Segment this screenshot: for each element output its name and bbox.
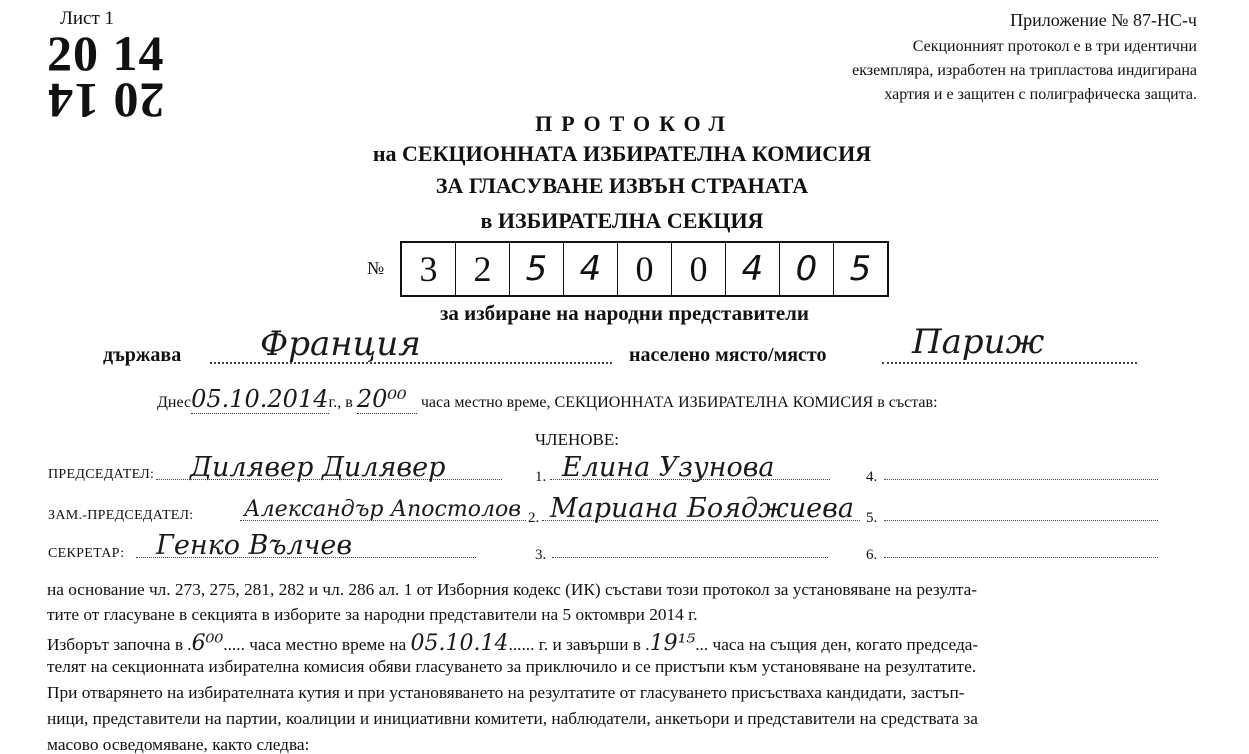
chairman-value: Дилявер Дилявер: [190, 452, 445, 483]
members-heading: ЧЛЕНОВЕ:: [535, 430, 619, 450]
country-field[interactable]: Франция: [210, 328, 612, 366]
start-time[interactable]: 6⁰⁰: [192, 631, 224, 656]
end-suffix: ... часа на същия ден, когато председа-: [695, 635, 978, 654]
country-value: Франция: [260, 324, 421, 364]
member-2-value: Мариана Бояджиева: [550, 493, 854, 524]
country-label: държава: [103, 344, 181, 367]
member-2-field[interactable]: Мариана Бояджиева: [542, 499, 860, 525]
annex-number: Приложение № 87-НС-ч: [1010, 10, 1197, 31]
section-number-boxes: 325400405: [400, 241, 889, 297]
member-5-index: 5.: [866, 510, 877, 527]
today-time[interactable]: 20⁰⁰: [357, 385, 417, 414]
start-mid: ..... часа местно време на: [223, 635, 410, 654]
deputy-value: Александър Апостолов: [244, 497, 521, 522]
body-paragraph-line-1: на основание чл. 273, 275, 281, 282 и чл…: [47, 580, 977, 600]
member-5-field[interactable]: [884, 499, 1158, 525]
year-mark-top: 20 14: [47, 28, 165, 78]
place-label: населено място/място: [629, 344, 826, 367]
secretary-label: СЕКРЕТАР:: [48, 546, 124, 562]
title-line-4: в ИЗБИРАТЕЛНА СЕКЦИЯ: [0, 208, 1244, 234]
secretary-value: Генко Вълчев: [156, 530, 352, 561]
end-time[interactable]: 19¹⁵: [650, 631, 696, 656]
member-3-field[interactable]: [552, 536, 828, 562]
dotted-line: [552, 557, 828, 558]
section-digit-box[interactable]: 0: [672, 243, 726, 295]
dotted-line: [882, 362, 1137, 364]
section-digit-box[interactable]: 5: [510, 243, 564, 295]
section-digit-box[interactable]: 5: [834, 243, 887, 295]
security-note-line-2: екземпляра, изработен на трипластова инд…: [852, 62, 1197, 80]
member-2-index: 2.: [528, 510, 539, 527]
today-prefix: Днес: [157, 394, 191, 411]
section-digit-box[interactable]: 4: [726, 243, 780, 295]
secretary-field[interactable]: Генко Вълчев: [136, 536, 476, 562]
member-1-index: 1.: [535, 469, 546, 486]
body-paragraph-line-2: тите от гласуване в секцията в изборите …: [47, 605, 698, 625]
body-paragraph-line-7: масово осведомяване, както следва:: [47, 735, 309, 754]
deputy-label: ЗАМ.-ПРЕДСЕДАТЕЛ:: [48, 508, 193, 524]
end-prefix: ...... г. и завърши в .: [509, 635, 650, 654]
title-line-2: на СЕКЦИОННАТА ИЗБИРАТЕЛНА КОМИСИЯ: [0, 141, 1244, 167]
deputy-field[interactable]: Александър Апостолов: [240, 499, 526, 525]
start-prefix: Изборът започна в .: [47, 635, 192, 654]
member-4-index: 4.: [866, 469, 877, 486]
dotted-line: [884, 557, 1158, 558]
body-paragraph-line-6: ници, представители на партии, коалиции …: [47, 709, 978, 729]
place-field[interactable]: Париж: [882, 328, 1137, 366]
section-digit-box[interactable]: 0: [780, 243, 834, 295]
date-time-line: Днес05.10.2014г., в 20⁰⁰ часа местно вре…: [157, 385, 938, 414]
today-mid: г., в: [329, 394, 353, 411]
election-purpose: за избиране на народни представители: [0, 301, 1249, 326]
section-digit-box[interactable]: 4: [564, 243, 618, 295]
title-line-3: ЗА ГЛАСУВАНЕ ИЗВЪН СТРАНАТА: [0, 173, 1244, 199]
member-1-field[interactable]: Елина Узунова: [550, 458, 830, 484]
member-1-value: Елина Узунова: [562, 452, 775, 483]
member-3-index: 3.: [535, 547, 546, 564]
chairman-label: ПРЕДСЕДАТЕЛ:: [48, 467, 154, 483]
today-suffix: часа местно време, СЕКЦИОННАТА ИЗБИРАТЕЛ…: [421, 394, 938, 411]
section-number-label: №: [367, 258, 384, 279]
body-paragraph-line-4: телят на секционната избирателна комисия…: [47, 657, 976, 677]
security-note-line-3: хартия и е защитен с полиграфическа защи…: [884, 86, 1197, 104]
member-4-field[interactable]: [884, 458, 1158, 484]
place-value: Париж: [912, 322, 1044, 362]
body-paragraph-line-5: При отварянето на избирателната кутия и …: [47, 683, 964, 703]
section-digit-box[interactable]: 3: [402, 243, 456, 295]
section-digit-box[interactable]: 0: [618, 243, 672, 295]
election-times-line: Изборът започна в .6⁰⁰..... часа местно …: [47, 631, 978, 656]
document-title: ПРОТОКОЛ: [0, 111, 1249, 137]
today-date[interactable]: 05.10.2014: [191, 385, 328, 414]
member-6-field[interactable]: [884, 536, 1158, 562]
member-6-index: 6.: [866, 547, 877, 564]
dotted-line: [884, 520, 1158, 521]
election-date[interactable]: 05.10.14: [411, 631, 509, 656]
dotted-line: [884, 479, 1158, 480]
chairman-field[interactable]: Дилявер Дилявер: [156, 458, 502, 484]
section-digit-box[interactable]: 2: [456, 243, 510, 295]
security-note-line-1: Секционният протокол е в три идентични: [913, 38, 1197, 56]
